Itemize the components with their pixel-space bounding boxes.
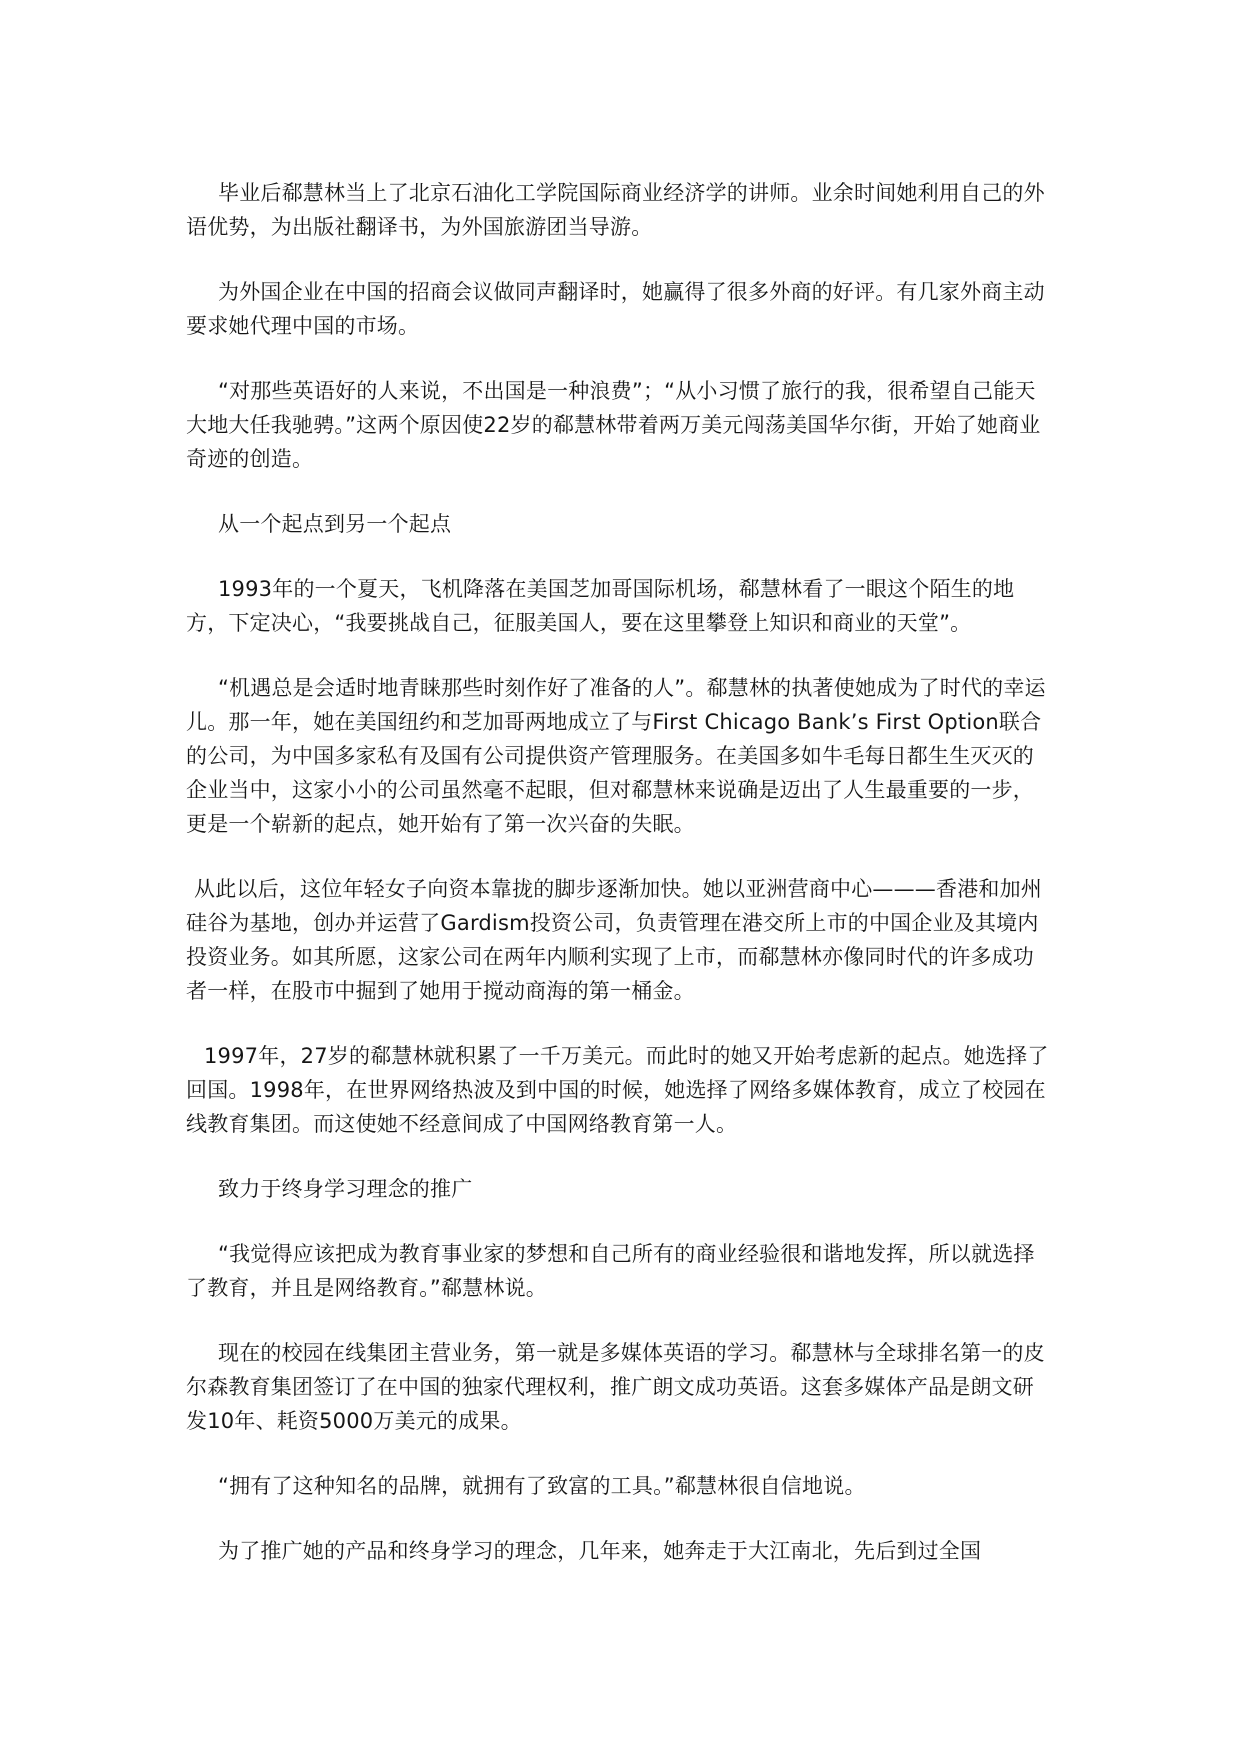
paragraph: 现在的校园在线集团主营业务，第一就是多媒体英语的学习。郗慧林与全球排名第一的皮尔… [186,1336,1052,1438]
document-body: 毕业后郗慧林当上了北京石油化工学院国际商业经济学的讲师。业余时间她利用自己的外语… [186,176,1052,1568]
paragraph: 为了推广她的产品和终身学习的理念，几年来，她奔走于大江南北，先后到过全国 [186,1534,1052,1568]
paragraph: “我觉得应该把成为教育事业家的梦想和自己所有的商业经验很和谐地发挥，所以就选择了… [186,1237,1052,1305]
section-heading: 从一个起点到另一个起点 [186,507,1052,541]
paragraph: 1993年的一个夏天，飞机降落在美国芝加哥国际机场，郗慧林看了一眼这个陌生的地方… [186,572,1052,640]
paragraph: “对那些英语好的人来说，不出国是一种浪费”；“从小习惯了旅行的我，很希望自己能天… [186,374,1052,476]
paragraph: 毕业后郗慧林当上了北京石油化工学院国际商业经济学的讲师。业余时间她利用自己的外语… [186,176,1052,244]
paragraph: “机遇总是会适时地青睐那些时刻作好了准备的人”。郗慧林的执著使她成为了时代的幸运… [186,671,1052,841]
document-page: 毕业后郗慧林当上了北京石油化工学院国际商业经济学的讲师。业余时间她利用自己的外语… [0,0,1241,1754]
paragraph: “拥有了这种知名的品牌，就拥有了致富的工具。”郗慧林很自信地说。 [186,1469,1052,1503]
paragraph: 从此以后，这位年轻女子向资本靠拢的脚步逐渐加快。她以亚洲营商中心———香港和加州… [186,872,1052,1008]
paragraph: 1997年，27岁的郗慧林就积累了一千万美元。而此时的她又开始考虑新的起点。她选… [186,1039,1052,1141]
section-heading: 致力于终身学习理念的推广 [186,1172,1052,1206]
paragraph: 为外国企业在中国的招商会议做同声翻译时，她赢得了很多外商的好评。有几家外商主动要… [186,275,1052,343]
